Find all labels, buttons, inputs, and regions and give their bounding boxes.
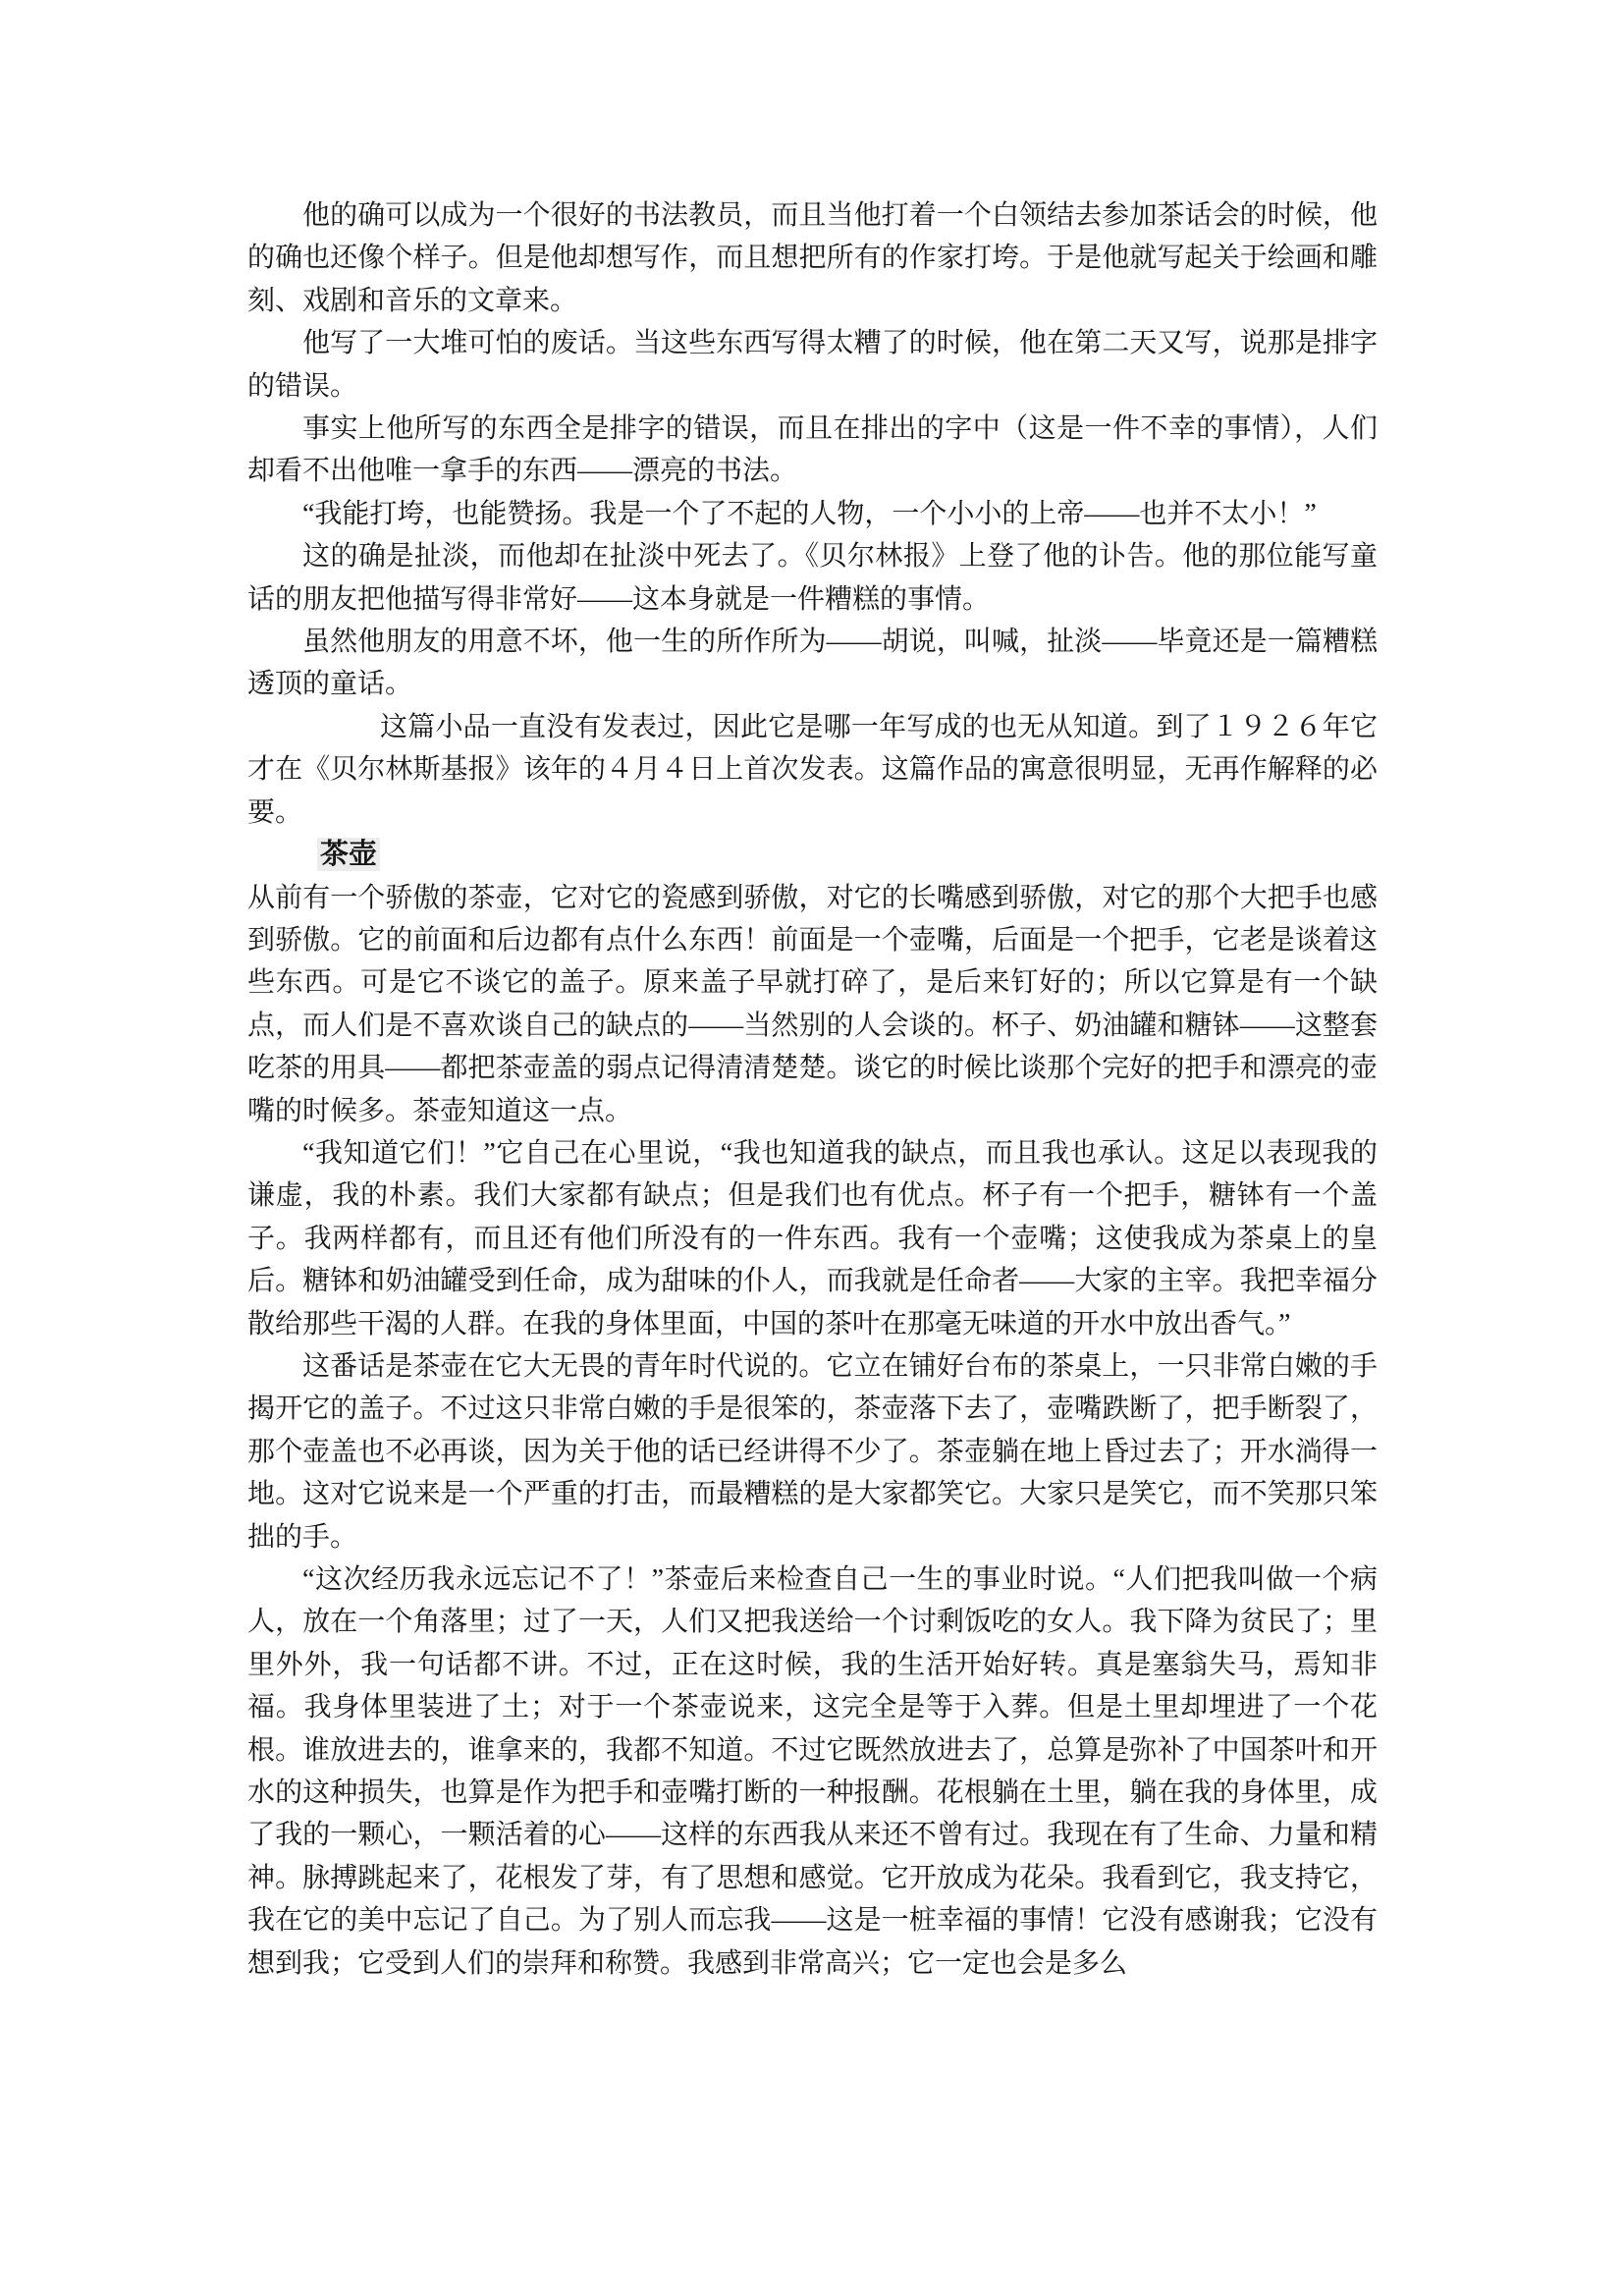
document-page: { "page": { "background_color": "#ffffff… <box>0 0 1623 2296</box>
story-paragraph-2: “我知道它们！”它自己在心里说，“我也知道我的缺点，而且我也承认。这足以表现我的… <box>247 1132 1378 1345</box>
intro-paragraph-2: 他写了一大堆可怕的废话。当这些东西写得太糟了的时候，他在第二天又写，说那是排字的… <box>247 322 1378 408</box>
intro-paragraph-3: 事实上他所写的东西全是排字的错误，而且在排出的字中（这是一件不幸的事情），人们却… <box>247 408 1378 493</box>
editor-note-paragraph: 这篇小品一直没有发表过，因此它是哪一年写成的也无从知道。到了１９２６年它才在《贝… <box>247 706 1378 834</box>
intro-paragraph-4: “我能打垮，也能赞扬。我是一个了不起的人物，一个小小的上帝——也并不太小！” <box>247 493 1378 535</box>
story-title-text: 茶壶 <box>317 838 380 871</box>
story-paragraph-1: 从前有一个骄傲的茶壶，它对它的瓷感到骄傲，对它的长嘴感到骄傲，对它的那个大把手也… <box>247 877 1378 1132</box>
story-paragraph-4: “这次经历我永远忘记不了！”茶壶后来检查自己一生的事业时说。“人们把我叫做一个病… <box>247 1558 1378 1985</box>
intro-paragraph-1: 他的确可以成为一个很好的书法教员，而且当他打着一个白领结去参加茶话会的时候，他的… <box>247 194 1378 322</box>
story-paragraph-3: 这番话是茶壶在它大无畏的青年时代说的。它立在铺好台布的茶桌上，一只非常白嫩的手揭… <box>247 1345 1378 1558</box>
text-block: 他的确可以成为一个很好的书法教员，而且当他打着一个白领结去参加茶话会的时候，他的… <box>247 194 1378 1985</box>
story-title-heading: 茶壶 <box>247 834 1378 876</box>
intro-paragraph-6: 虽然他朋友的用意不坏，他一生的所作所为——胡说，叫喊，扯淡——毕竟还是一篇糟糕透… <box>247 621 1378 706</box>
intro-paragraph-5: 这的确是扯淡，而他却在扯淡中死去了。《贝尔林报》上登了他的讣告。他的那位能写童话… <box>247 535 1378 621</box>
